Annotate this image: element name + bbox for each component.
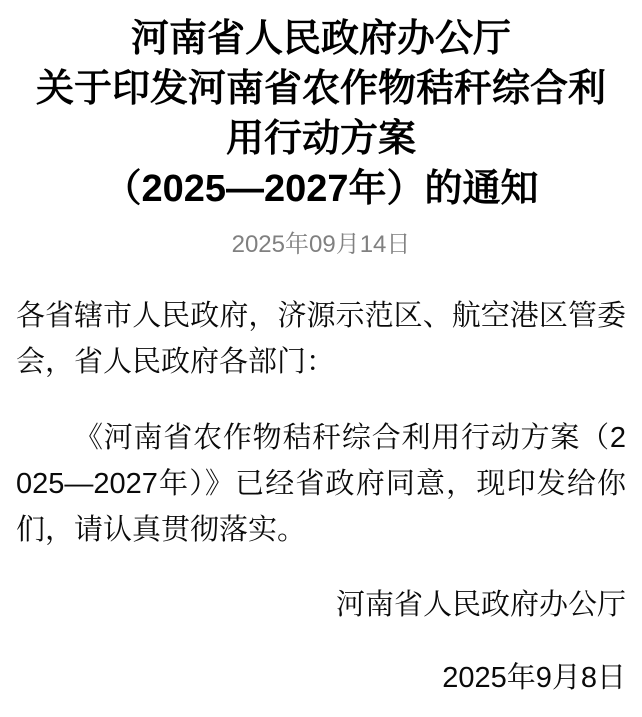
publish-date: 2025年09月14日 [16, 227, 626, 263]
salutation-paragraph: 各省辖市人民政府，济源示范区、航空港区管委会，省人民政府各部门： [16, 293, 626, 385]
title-line-2: 关于印发河南省农作物秸秆综合利 [24, 64, 618, 114]
signature-date: 2025年9月8日 [16, 655, 626, 701]
title-line-4: （2025—2027年）的通知 [24, 164, 618, 214]
title-line-3: 用行动方案 [24, 114, 618, 164]
notice-page: 河南省人民政府办公厅 关于印发河南省农作物秸秆综合利 用行动方案 （2025—2… [0, 0, 642, 717]
signature-org: 河南省人民政府办公厅 [16, 582, 626, 628]
title-line-1: 河南省人民政府办公厅 [24, 14, 618, 64]
notice-title: 河南省人民政府办公厅 关于印发河南省农作物秸秆综合利 用行动方案 （2025—2… [16, 14, 626, 214]
body-paragraph: 《河南省农作物秸秆综合利用行动方案（2025—2027年）》已经省政府同意，现印… [16, 415, 626, 553]
